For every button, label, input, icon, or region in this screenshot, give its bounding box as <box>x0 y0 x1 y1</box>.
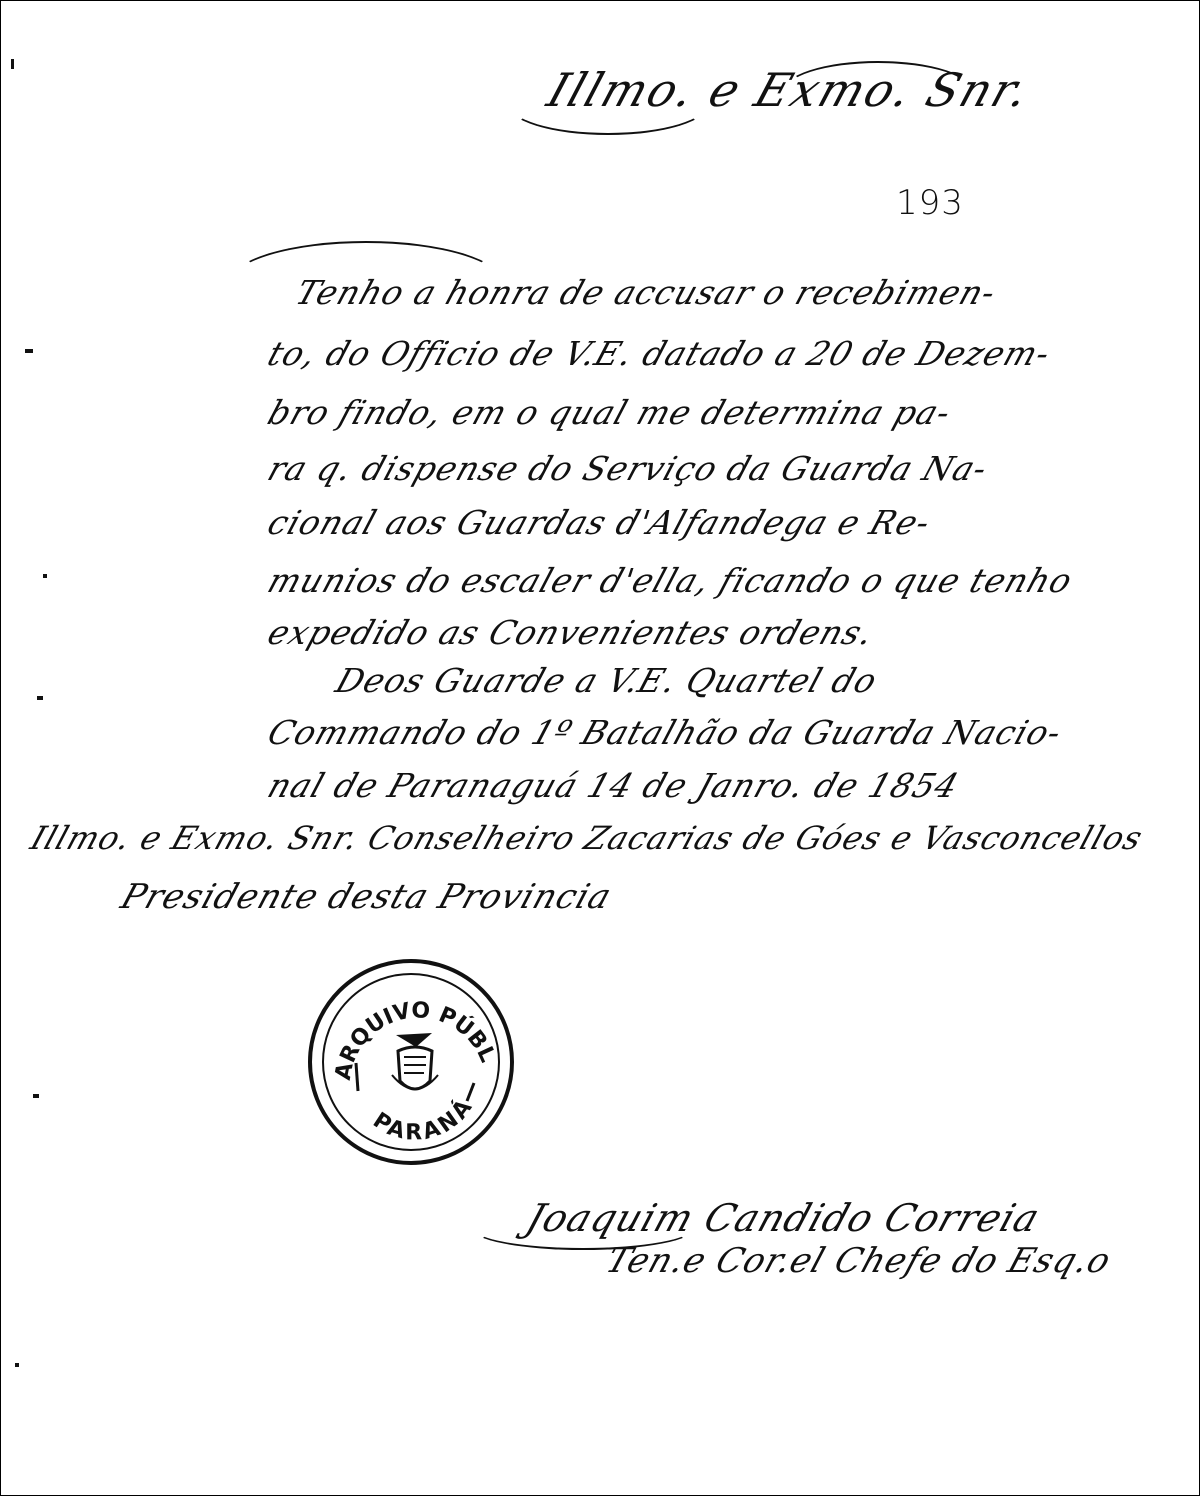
body-line: to, do Officio de V.E. datado a 20 de De… <box>263 334 1056 373</box>
document-page: Illmo. e Exmo. Snr. 193 Tenho a honra de… <box>0 0 1200 1496</box>
salutation-flourish-right <box>781 61 975 125</box>
body-line: Tenho a honra de accusar o recebimen- <box>291 273 1001 312</box>
margin-mark <box>37 696 43 700</box>
margin-mark <box>25 349 33 353</box>
body-line: expedido as Convenientes ordens. <box>263 613 879 652</box>
margin-mark <box>43 574 47 578</box>
body-line: bro findo, em o qual me determina pa- <box>263 393 956 432</box>
closing-line: Deos Guarde a V.E. Quartel do <box>331 661 883 700</box>
svg-text:PARANÁ: PARANÁ <box>368 1093 479 1146</box>
signature-title: Ten.e Cor.el Chefe do Esq.o <box>601 1241 1116 1281</box>
salutation-flourish <box>506 71 710 135</box>
coat-of-arms-icon <box>392 1033 438 1089</box>
body-line: cional aos Guardas d'Alfandega e Re- <box>263 503 936 542</box>
addressee-title: Presidente desta Provincia <box>116 877 617 917</box>
closing-line: Commando do 1º Batalhão da Guarda Nacio- <box>263 713 1067 752</box>
stamp-bottom-text: PARANÁ <box>368 1093 479 1146</box>
margin-mark <box>11 59 14 69</box>
body-line: ra q. dispense do Serviço da Guarda Na- <box>263 449 993 488</box>
margin-mark <box>33 1094 39 1098</box>
archive-stamp: ARQUIVO PÚBLICO PARANÁ <box>308 959 514 1165</box>
date-line: nal de Paranaguá 14 de Janro. de 1854 <box>263 766 964 805</box>
stamp-text-ring: ARQUIVO PÚBLICO PARANÁ <box>312 963 518 1169</box>
folio-number: 193 <box>896 183 964 223</box>
signature-name: Joaquim Candido Correia <box>521 1196 1046 1240</box>
body-line: munios do escaler d'ella, ficando o que … <box>263 561 1078 600</box>
addressee-line: Illmo. e Exmo. Snr. Conselheiro Zacarias… <box>26 819 1148 857</box>
margin-mark <box>15 1363 19 1367</box>
